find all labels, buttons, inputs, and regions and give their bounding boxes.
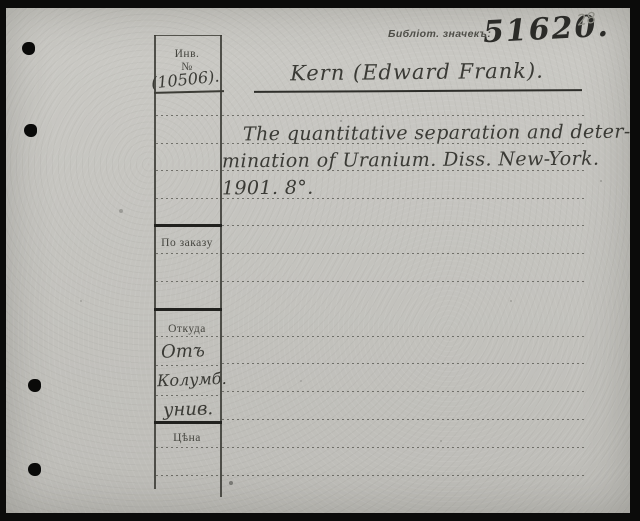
column-ruled-line	[156, 447, 219, 448]
library-stamp-label: Библіот. значекъ:	[388, 28, 491, 40]
column-ruled-line	[156, 143, 219, 144]
ruled-line	[222, 447, 585, 448]
hole-punch	[22, 42, 35, 55]
ruled-line	[222, 225, 585, 226]
order-section-rule	[154, 224, 222, 227]
ruled-line	[222, 391, 585, 392]
column-ruled-line	[156, 281, 219, 282]
price-label: Цѣна	[154, 432, 220, 444]
title-line-1: The quantitative separation and deter-	[243, 121, 631, 146]
column-right-rule	[220, 35, 222, 497]
column-ruled-line	[156, 336, 219, 337]
title-line-2: mination of Uranium. Diss. New-York.	[222, 148, 600, 173]
ruled-line	[222, 198, 585, 199]
origin-value-line3: унив.	[163, 398, 214, 421]
column-top-rule	[154, 35, 222, 36]
hole-punch	[28, 379, 41, 392]
scan-edge-bottom	[0, 513, 640, 521]
ruled-line	[222, 336, 585, 337]
scan-edge-left	[0, 0, 6, 521]
scan-edge-top	[0, 0, 640, 8]
column-ruled-line	[156, 395, 219, 396]
inventory-label: Инв.	[154, 48, 220, 60]
column-ruled-line	[156, 365, 219, 366]
hole-punch	[28, 463, 41, 476]
ruled-line	[222, 475, 585, 476]
origin-label: Откуда	[154, 323, 220, 335]
order-label: По заказу	[154, 237, 220, 249]
ruled-line	[222, 281, 585, 282]
column-ruled-line	[156, 475, 219, 476]
scan-edge-right	[630, 0, 640, 521]
ruled-line	[222, 419, 585, 420]
origin-value-line2: Колумб.	[157, 369, 227, 390]
column-ruled-line	[156, 198, 219, 199]
price-section-rule	[154, 421, 222, 424]
origin-value-line1: Отъ	[161, 340, 206, 363]
column-ruled-line	[156, 115, 219, 116]
column-ruled-line	[156, 253, 219, 254]
ruled-line	[222, 363, 585, 364]
ruled-line	[222, 253, 585, 254]
pencil-note: 28	[576, 8, 598, 29]
origin-section-rule	[154, 308, 222, 311]
ruled-line	[222, 170, 585, 171]
ruled-line	[222, 115, 585, 116]
column-ruled-line	[156, 170, 219, 171]
scanned-catalog-card: Библіот. значекъ: 51620. 28 Инв. № По за…	[0, 0, 640, 521]
ruled-line	[222, 143, 585, 144]
author-heading: Kern (Edward Frank).	[252, 58, 582, 85]
title-line-3: 1901. 8°.	[222, 177, 314, 200]
hole-punch	[24, 124, 37, 137]
